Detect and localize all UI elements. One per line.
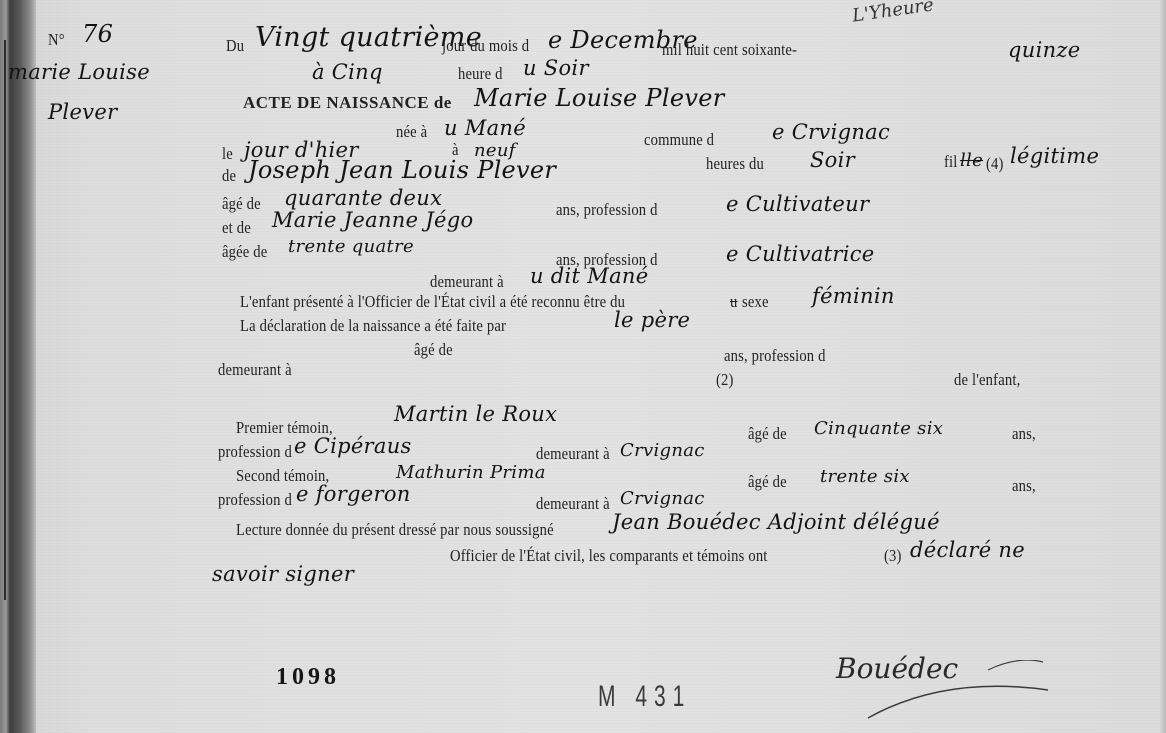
nee-label: née à bbox=[396, 122, 427, 142]
residence-hand: u dit Mané bbox=[530, 264, 648, 288]
father-age-label: âgé de bbox=[222, 194, 261, 214]
declaration-text: La déclaration de la naissance a été fai… bbox=[240, 316, 506, 336]
witness1-ans-label: ans, bbox=[1012, 424, 1036, 444]
witness2-age-hand: trente six bbox=[820, 466, 910, 487]
mother-age-label: âgée de bbox=[222, 242, 267, 262]
note-2: (2) bbox=[716, 370, 734, 390]
birth-period-hand: Soir bbox=[810, 148, 855, 172]
commune-hand: e Crvignac bbox=[772, 120, 890, 144]
year-label: mil huit cent soixante- bbox=[662, 40, 797, 60]
lecture-text: Lecture donnée du présent dressé par nou… bbox=[236, 520, 554, 540]
witness1-profession-hand: e Cipéraus bbox=[294, 434, 412, 458]
sexe-label: sexe bbox=[742, 292, 769, 312]
father-profession-hand: e Cultivateur bbox=[726, 192, 869, 216]
witness1-age-hand: Cinquante six bbox=[814, 418, 943, 439]
declarant-prof-label: ans, profession d bbox=[724, 346, 826, 366]
declarant-age-label: âgé de bbox=[414, 340, 453, 360]
father-name-hand: Joseph Jean Louis Plever bbox=[248, 156, 556, 184]
de-enfant-label: de l'enfant, bbox=[954, 370, 1020, 390]
witness2-ans-label: ans, bbox=[1012, 476, 1036, 496]
hour-hand: à Cinq bbox=[312, 60, 383, 84]
page-edge bbox=[1160, 0, 1166, 733]
witness1-residence-hand: Crvignac bbox=[620, 440, 705, 461]
document-page: L'Yheure N° 76 marie Louise Plever Du Vi… bbox=[0, 0, 1166, 733]
book-binding bbox=[0, 0, 36, 733]
declarant-hand: le père bbox=[614, 308, 690, 332]
le-label: le bbox=[222, 144, 233, 164]
witness2-name-hand: Mathurin Prima bbox=[396, 462, 546, 483]
jour-du-mois-label: jour du mois d bbox=[442, 36, 529, 56]
father-age-hand: quarante deux bbox=[284, 186, 442, 210]
continuation-hand: savoir signer bbox=[212, 562, 354, 586]
officier-text: Officier de l'État civil, les comparants… bbox=[450, 546, 768, 566]
witness1-age-label: âgé de bbox=[748, 424, 787, 444]
mother-name-hand: Marie Jeanne Jégo bbox=[272, 208, 473, 232]
page-number: 1098 bbox=[276, 664, 340, 691]
margin-number-label: N° bbox=[48, 30, 65, 50]
year-hand: quinze bbox=[1008, 38, 1081, 62]
witness1-prof-label: profession d bbox=[218, 442, 292, 462]
mother-et-de-label: et de bbox=[222, 218, 251, 238]
corner-annotation: L'Yheure bbox=[851, 0, 935, 27]
margin-name-first: marie Louise bbox=[8, 60, 150, 84]
child-name-hand: Marie Louise Plever bbox=[474, 84, 725, 112]
signature-flourish-icon bbox=[858, 660, 1058, 720]
witness2-prof-label: profession d bbox=[218, 490, 292, 510]
sex-value-hand: féminin bbox=[812, 284, 895, 308]
note-4: (4) bbox=[986, 154, 1004, 174]
heures-label: heures du bbox=[706, 154, 764, 174]
father-de-label: de bbox=[222, 166, 236, 186]
heure-label: heure d bbox=[458, 64, 503, 84]
legitimacy-hand: légitime bbox=[1010, 144, 1099, 168]
fil-strike: lle bbox=[960, 150, 983, 171]
declarant-residence-label: demeurant à bbox=[218, 360, 292, 380]
witness2-residence-label: demeurant à bbox=[536, 494, 610, 514]
witness2-profession-hand: e forgeron bbox=[296, 482, 411, 506]
sex-strike: u bbox=[730, 292, 737, 312]
fil-label: fil bbox=[944, 152, 958, 172]
time-of-day-hand: u Soir bbox=[523, 56, 589, 80]
officer-hand: Jean Bouédec Adjoint délégué bbox=[612, 510, 940, 534]
margin-name-last: Plever bbox=[48, 100, 117, 124]
witness2-age-label: âgé de bbox=[748, 472, 787, 492]
acte-title: ACTE DE NAISSANCE de bbox=[243, 93, 452, 113]
margin-number-value: 76 bbox=[82, 20, 113, 48]
sex-statement: L'enfant présenté à l'Officier de l'État… bbox=[240, 292, 625, 312]
binding-line bbox=[4, 40, 6, 600]
archive-stamp: M 431 bbox=[598, 680, 691, 714]
father-prof-label: ans, profession d bbox=[556, 200, 658, 220]
witness1-residence-label: demeurant à bbox=[536, 444, 610, 464]
declaration-hand: déclaré ne bbox=[910, 538, 1025, 562]
note-3: (3) bbox=[884, 546, 902, 566]
mother-profession-hand: e Cultivatrice bbox=[726, 242, 875, 266]
du-label: Du bbox=[226, 36, 244, 56]
witness1-name-hand: Martin le Roux bbox=[394, 402, 557, 426]
witness2-residence-hand: Crvignac bbox=[620, 488, 705, 509]
birth-place-hand: u Mané bbox=[444, 116, 526, 140]
residence-label: demeurant à bbox=[430, 272, 504, 292]
commune-label: commune d bbox=[644, 130, 714, 150]
mother-age-hand: trente quatre bbox=[288, 236, 414, 257]
